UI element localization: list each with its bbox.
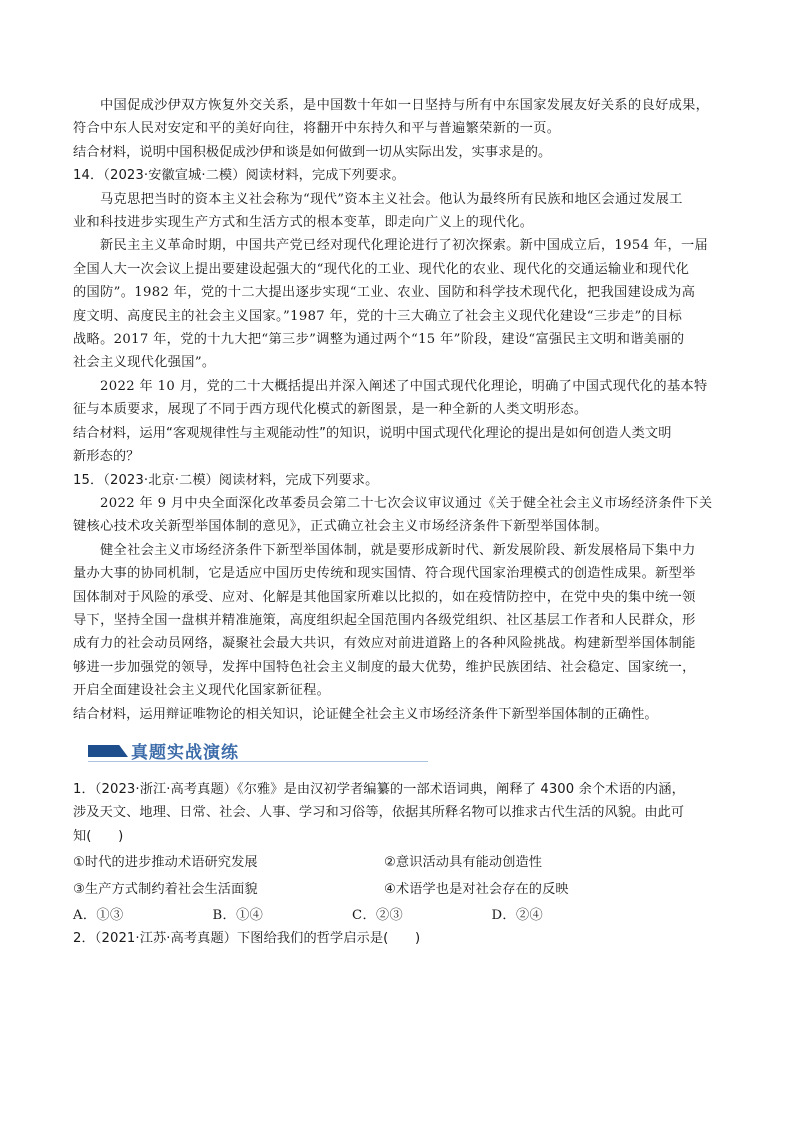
mc2-stem: 2．（2021·江苏·高考真题）下图给我们的哲学启示是( ): [73, 927, 735, 950]
statement-1: ①时代的进步推动术语研究发展: [73, 851, 384, 874]
stem-line: 知( ): [73, 825, 735, 848]
q15-paragraph-2: 健全社会主义市场经济条件下新型举国体制，就是要形成新时代、新发展阶段、新发展格局…: [73, 539, 735, 703]
choice-d: D．②④: [492, 904, 632, 927]
section-title: 真题实战演练: [131, 738, 239, 763]
q14-question: 结合材料，运用“客观规律性与主观能动性”的知识，说明中国式现代化理论的提出是如何…: [73, 422, 735, 469]
material-line: 量办大事的协同机制，它是适应中国历史传统和现实国情、符合现代国家治理模式的创造性…: [73, 562, 735, 585]
q14-paragraph-1: 马克思把当时的资本主义社会称为“现代”资本主义社会。他认为最终所有民族和地区会通…: [73, 188, 735, 235]
mc1-statements-row-1: ①时代的进步推动术语研究发展 ②意识活动具有能动创造性: [73, 851, 735, 874]
choice-c: C．②③: [352, 904, 492, 927]
material-line: 战略。2017 年，党的十九大把“第三步”调整为通过两个“15 年”阶段，建设“…: [73, 328, 735, 351]
q15-header: 15．（2023·北京·二模）阅读材料，完成下列要求。: [73, 469, 735, 492]
statement-3: ③生产方式制约着社会生活面貌: [73, 878, 384, 901]
material-line: 中国促成沙伊双方恢复外交关系，是中国数十年如一日坚持与所有中东国家发展友好关系的…: [73, 94, 735, 117]
material-line: 健全社会主义市场经济条件下新型举国体制，就是要形成新时代、新发展阶段、新发展格局…: [73, 539, 735, 562]
material-line: 征与本质要求，展现了不同于西方现代化模式的新图景，是一种全新的人类文明形态。: [73, 398, 735, 421]
material-line: 全国人大一次会议上提出要建设起强大的“现代化的工业、现代化的农业、现代化的交通运…: [73, 258, 735, 281]
material-line: 的国防”。1982 年，党的十二大提出逐步实现“工业、农业、国防和科学技术现代化…: [73, 281, 735, 304]
material-line: 2022 年 10 月，党的二十大概括提出并深入阐述了中国式现代化理论，明确了中…: [73, 375, 735, 398]
material-line: 马克思把当时的资本主义社会称为“现代”资本主义社会。他认为最终所有民族和地区会通…: [73, 188, 735, 211]
mc1-stem: 1．（2023·浙江·高考真题）《尔雅》是由汉初学者编纂的一部术语词典，阐释了 …: [73, 778, 735, 848]
material-line: 符合中东人民对安定和平的美好向往，将翻开中东持久和平与普遍繁荣新的一页。: [73, 117, 735, 140]
material-line: 开启全面建设社会主义现代化国家新征程。: [73, 679, 735, 702]
q15-question: 结合材料，运用辩证唯物论的相关知识，论证健全社会主义市场经济条件下新型举国体制的…: [73, 703, 735, 726]
q14-header: 14．（2023·安徽宣城·二模）阅读材料，完成下列要求。: [73, 164, 735, 187]
choice-a: A．①③: [73, 904, 213, 927]
material-line: 导下，坚持全国一盘棋并精准施策，高度组织起全国范围内各级党组织、社区基层工作者和…: [73, 609, 735, 632]
banner-divider: [88, 761, 428, 763]
choice-b: B．①④: [213, 904, 353, 927]
question-line: 新形态的？: [73, 445, 735, 468]
q13-question: 结合材料，说明中国积极促成沙伊和谈是如何做到一切从实际出发，实事求是的。: [73, 141, 735, 164]
q13-material: 中国促成沙伊双方恢复外交关系，是中国数十年如一日坚持与所有中东国家发展友好关系的…: [73, 94, 735, 141]
section-banner: 真题实战演练: [73, 736, 735, 766]
material-line: 业和科技进步实现生产方式和生活方式的根本变革，即走向广义上的现代化。: [73, 211, 735, 234]
q15-paragraph-1: 2022 年 9 月中央全面深化改革委员会第二十七次会议审议通过《关于健全社会主…: [73, 492, 735, 539]
q14-paragraph-2: 新民主主义革命时期，中国共产党已经对现代化理论进行了初次探索。新中国成立后，19…: [73, 234, 735, 374]
banner-bar-icon: [88, 745, 128, 757]
statement-2: ②意识活动具有能动创造性: [384, 851, 695, 874]
material-line: 够进一步加强党的领导，发挥中国特色社会主义制度的最大优势，维护民族团结、社会稳定…: [73, 656, 735, 679]
stem-line: 1．（2023·浙江·高考真题）《尔雅》是由汉初学者编纂的一部术语词典，阐释了 …: [73, 778, 735, 801]
material-line: 度文明、高度民主的社会主义国家。”1987 年，党的十三大确立了社会主义现代化建…: [73, 305, 735, 328]
material-line: 成有力的社会动员网络，凝聚社会最大共识，有效应对前进道路上的各种风险挑战。构建新…: [73, 632, 735, 655]
stem-line: 涉及天文、地理、日常、社会、人事、学习和习俗等，依据其所释名物可以推求古代生活的…: [73, 801, 735, 824]
material-line: 社会主义现代化强国”。: [73, 351, 735, 374]
question-line: 结合材料，运用“客观规律性与主观能动性”的知识，说明中国式现代化理论的提出是如何…: [73, 422, 735, 445]
material-line: 国体制对于风险的承受、应对、化解是其他国家所难以比拟的，如在疫情防控中，在党中央…: [73, 586, 735, 609]
mc1-choices: A．①③ B．①④ C．②③ D．②④: [73, 904, 735, 927]
document-page: 中国促成沙伊双方恢复外交关系，是中国数十年如一日坚持与所有中东国家发展友好关系的…: [73, 94, 735, 951]
material-line: 2022 年 9 月中央全面深化改革委员会第二十七次会议审议通过《关于健全社会主…: [73, 492, 735, 515]
statement-4: ④术语学也是对社会存在的反映: [384, 878, 695, 901]
material-line: 键核心技术攻关新型举国体制的意见》，正式确立社会主义市场经济条件下新型举国体制。: [73, 515, 735, 538]
mc1-statements-row-2: ③生产方式制约着社会生活面貌 ④术语学也是对社会存在的反映: [73, 878, 735, 901]
material-line: 新民主主义革命时期，中国共产党已经对现代化理论进行了初次探索。新中国成立后，19…: [73, 234, 735, 257]
q14-paragraph-3: 2022 年 10 月，党的二十大概括提出并深入阐述了中国式现代化理论，明确了中…: [73, 375, 735, 422]
